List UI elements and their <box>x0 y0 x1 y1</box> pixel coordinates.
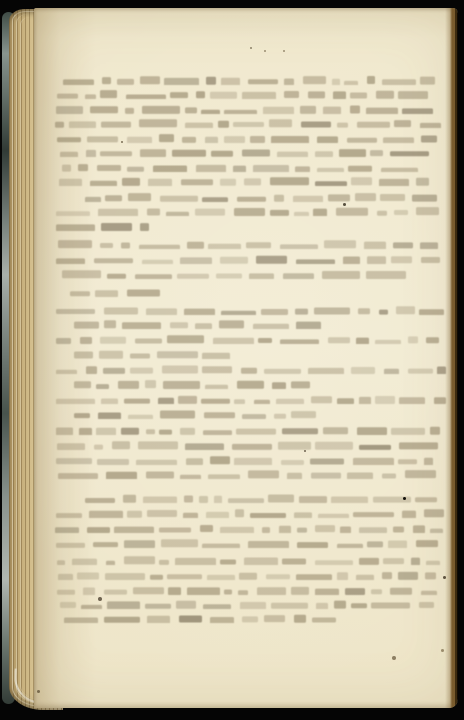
stain-speck <box>121 141 123 143</box>
stain-speck <box>403 497 406 500</box>
scan-background <box>0 0 464 720</box>
stain-speck <box>443 576 446 579</box>
stain-speck <box>304 450 306 452</box>
stain-speck <box>250 47 252 49</box>
stain-speck <box>98 597 102 601</box>
stain-speck <box>264 50 266 52</box>
stain-speck <box>283 50 285 52</box>
stain-layer <box>0 0 464 720</box>
stain-speck <box>37 690 40 693</box>
stain-speck <box>392 656 396 660</box>
stain-speck <box>343 203 346 206</box>
stain-speck <box>441 649 444 652</box>
